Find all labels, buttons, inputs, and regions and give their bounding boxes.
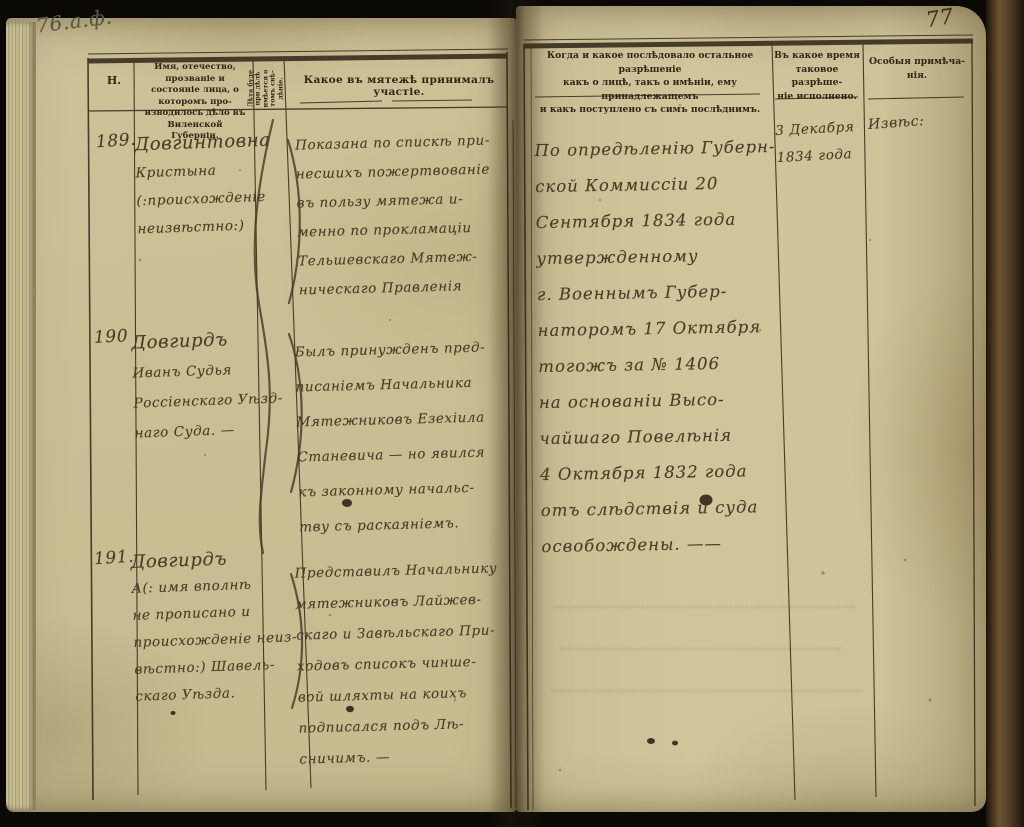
text-line: Сентября 1834 года <box>536 201 778 241</box>
bleed-through <box>560 648 840 650</box>
bleed-through <box>555 606 855 608</box>
text-line: отъ слѣдствія и суда <box>541 489 783 529</box>
execution-date: 3 Декабря1834 года <box>775 114 857 172</box>
text-line: вѣстно:) Шавель- <box>134 651 299 684</box>
text-line: Довгинтовна <box>134 127 271 160</box>
text-line: на основаніи Высо- <box>539 381 781 421</box>
header-remarks-column: Особыя примѣча- нія. <box>865 55 969 82</box>
entry-191-participation: Представилъ Начальникумятежниковъ Лайжев… <box>294 553 502 775</box>
text-line: освобождены. —— <box>541 525 783 565</box>
text-line: Станевича — но явился <box>297 436 489 476</box>
book-cover-edge <box>986 0 1024 827</box>
text-line: ской Коммиссіи 20 <box>535 165 777 205</box>
entry-190-participation: Былъ принужденъ пред-писаніемъ Начальник… <box>294 331 490 546</box>
text-line: утвержденному <box>536 237 778 277</box>
header-age-column-wrap: Лѣта буде при дѣлѣ имѣется о томъ свѣ- д… <box>249 60 283 112</box>
text-line: Былъ принужденъ пред- <box>294 331 486 371</box>
text-line: къ законному начальс- <box>298 470 490 510</box>
bleed-through <box>552 690 862 692</box>
text-line: ническаго Правленія <box>299 271 495 305</box>
text-line: чайшаго Повелѣнія <box>539 417 781 457</box>
text-line: ходовъ списокъ чинше- <box>297 646 500 682</box>
entry-190-name: ДовгирдъИванъ СудьяРоссіенскаго Уѣзд-наг… <box>131 323 285 448</box>
entry-189-name: ДовгинтовнаКристына(:происхожденіенеизвѣ… <box>134 127 274 244</box>
entry-191-number: 191. <box>93 547 135 570</box>
text-line: По опредѣленію Губерн- <box>534 129 776 169</box>
resolution-text: По опредѣленію Губерн-ской Коммиссіи 20С… <box>534 129 783 565</box>
text-line: наторомъ 17 Октября <box>537 309 779 349</box>
text-line: скаго Уѣзда. <box>135 678 300 711</box>
entry-189-number: 189. <box>95 130 137 153</box>
text-line: (:происхожденіе <box>136 183 273 216</box>
header-participation-column: Какое въ мятежѣ принималъ участіе. <box>296 74 502 98</box>
text-line: г. Военнымъ Губер- <box>537 273 779 313</box>
text-line: 3 Декабря <box>775 114 855 145</box>
text-line: Россіенскаго Уѣзд- <box>133 383 283 418</box>
text-line: Мятежниковъ Езехіила <box>296 401 488 441</box>
text-line: писаніемъ Начальника <box>295 366 487 406</box>
text-line: наго Суда. — <box>134 413 284 448</box>
archival-register-scan: 76.а.ф. 77 Н. Имя, отечество, прозваніе … <box>0 0 1024 827</box>
text-line: Тельшевскаго Мятеж- <box>298 242 494 276</box>
entry-191-name: ДовгирдъА(: имя вполнѣне прописано ипрои… <box>130 543 299 711</box>
header-number-column: Н. <box>96 74 132 87</box>
text-line: 4 Октября 1832 года <box>540 453 782 493</box>
header-time-column: Въ какое время таковое разрѣше- ніе испо… <box>773 49 861 103</box>
page-number: 77 <box>924 4 955 32</box>
text-line: тогожъ за № 1406 <box>538 345 780 385</box>
header-resolution-column: Когда и какое послѣдовало остальное разр… <box>533 49 767 117</box>
header-age-column-vertical: Лѣта буде при дѣлѣ имѣется о томъ свѣ- д… <box>247 62 284 116</box>
text-line: неизвѣстно:) <box>137 211 274 244</box>
text-line: 1834 года <box>776 141 856 172</box>
entry-190-number: 190 <box>94 326 129 348</box>
text-line: сничимъ. — <box>299 739 502 775</box>
page-stack-fore-edge <box>6 22 36 810</box>
text-line: тву съ раскаяніемъ. <box>299 505 491 545</box>
entry-189-participation: Показана по спискѣ при-несшихъ пожертвов… <box>295 126 494 305</box>
